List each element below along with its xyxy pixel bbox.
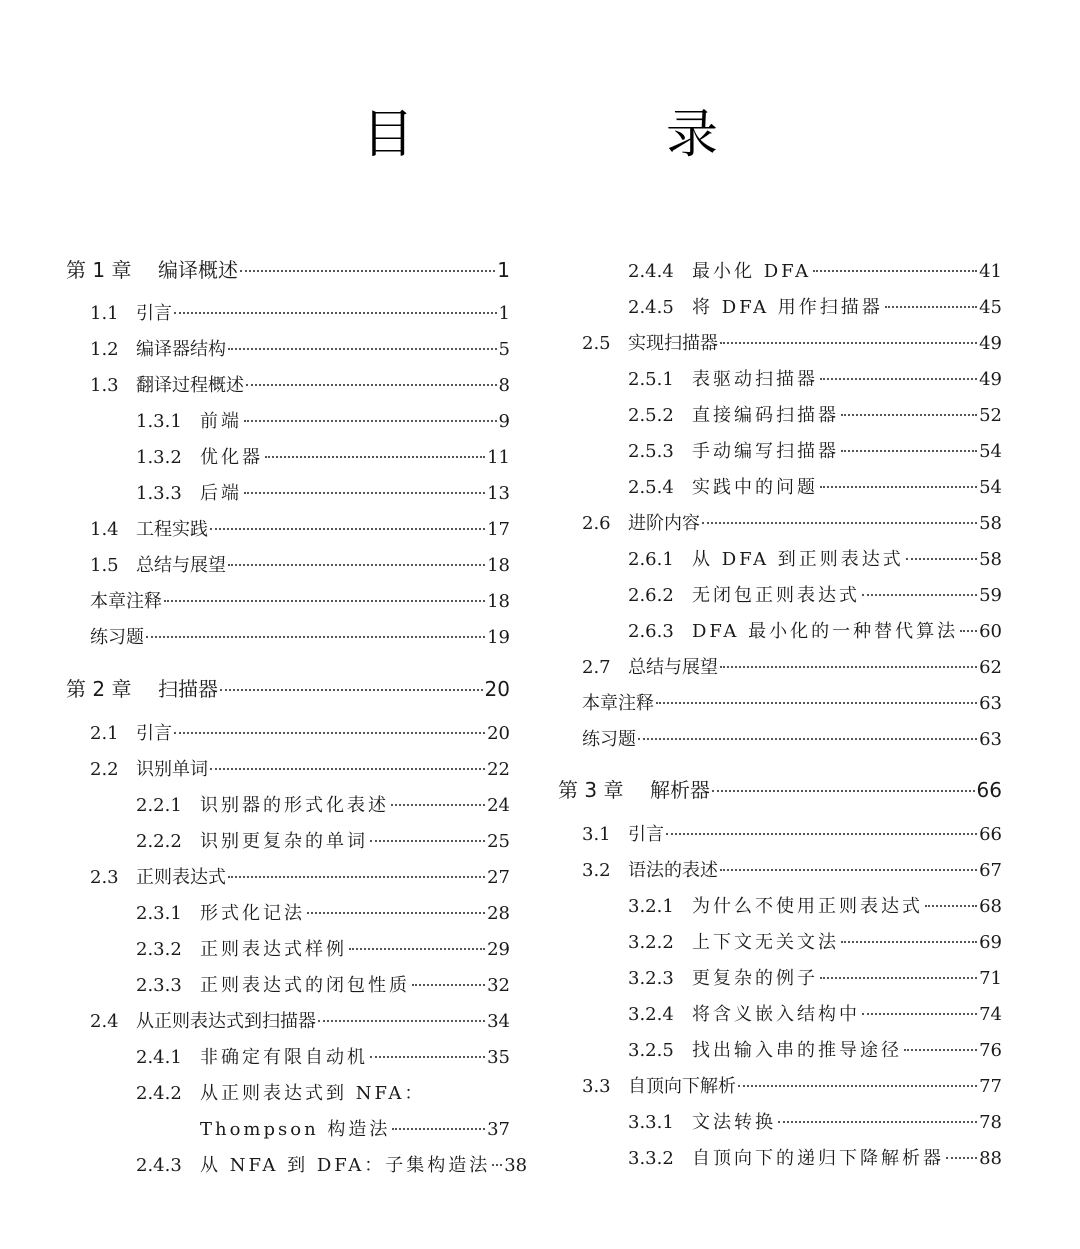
section-title: 识别更复杂的单词: [200, 830, 368, 854]
section-number: 1.3: [90, 374, 136, 398]
section-title: 编译器结构: [136, 338, 226, 362]
page-number: 78: [979, 1111, 1002, 1135]
dot-leader: [778, 1121, 977, 1123]
page-number: 24: [487, 794, 510, 818]
page-number: 41: [979, 260, 1002, 284]
toc-entry[interactable]: 2.3.3正则表达式的闭包性质32: [66, 974, 510, 998]
page-number: 34: [487, 1010, 510, 1034]
toc-entry[interactable]: Thompson 构造法37: [66, 1118, 510, 1142]
page-number: 19: [487, 626, 510, 650]
section-number: 2.6.2: [628, 584, 692, 608]
dot-leader: [318, 1020, 485, 1022]
toc-entry[interactable]: 3.2语法的表述67: [558, 859, 1002, 883]
section-title: 前端: [200, 410, 242, 434]
section-title: 引言: [136, 722, 172, 746]
dot-leader: [925, 905, 977, 907]
section-number: 1.5: [90, 554, 136, 578]
section-title: 总结与展望: [628, 656, 718, 680]
page-number: 5: [499, 338, 510, 362]
section-title: 语法的表述: [628, 859, 718, 883]
dot-leader: [841, 450, 977, 452]
page-number: 58: [979, 548, 1002, 572]
section-title: 正则表达式: [136, 866, 226, 890]
page-number: 22: [487, 758, 510, 782]
toc-entry[interactable]: 2.5.2直接编码扫描器52: [558, 404, 1002, 428]
page-number: 62: [979, 656, 1002, 680]
dot-leader: [638, 738, 977, 740]
section-title: 更复杂的例子: [692, 967, 818, 991]
toc-entry[interactable]: 1.3.3后端13: [66, 482, 510, 506]
dot-leader: [720, 666, 977, 668]
dot-leader: [820, 977, 977, 979]
toc-chapter-entry[interactable]: 第 2 章扫描器20: [66, 677, 510, 701]
toc-entry[interactable]: 2.6.1从 DFA 到正则表达式58: [558, 548, 1002, 572]
dot-leader: [164, 600, 485, 602]
toc-entry[interactable]: 2.4.3从 NFA 到 DFA：子集构造法38: [66, 1154, 510, 1178]
toc-entry[interactable]: 本章注释63: [558, 692, 1002, 716]
toc-entry[interactable]: 2.6.2无闭包正则表达式59: [558, 584, 1002, 608]
section-number: 2.4.1: [136, 1046, 200, 1070]
dot-leader: [862, 594, 977, 596]
dot-leader: [307, 912, 485, 914]
page-number: 67: [979, 859, 1002, 883]
dot-leader: [712, 790, 975, 792]
toc-entry[interactable]: 3.2.1为什么不使用正则表达式68: [558, 895, 1002, 919]
toc-entry[interactable]: 3.1引言66: [558, 823, 1002, 847]
section-title: 解析器: [650, 778, 710, 802]
toc-entry[interactable]: 2.7总结与展望62: [558, 656, 1002, 680]
page-number: 77: [979, 1075, 1002, 1099]
page-number: 11: [487, 446, 510, 470]
section-title: 编译概述: [158, 258, 238, 282]
toc-entry[interactable]: 2.2.1识别器的形式化表述24: [66, 794, 510, 818]
page-number: 29: [487, 938, 510, 962]
section-title: 从正则表达式到扫描器: [136, 1010, 316, 1034]
section-number: 2.5.1: [628, 368, 692, 392]
section-title: 正则表达式样例: [200, 938, 347, 962]
section-title: Thompson 构造法: [200, 1118, 390, 1142]
section-number: 第 2 章: [66, 677, 158, 701]
section-number: 3.3.1: [628, 1111, 692, 1135]
section-title: 直接编码扫描器: [692, 404, 839, 428]
page-number: 8: [499, 374, 510, 398]
page-number: 49: [979, 332, 1002, 356]
section-number: 3.2.2: [628, 931, 692, 955]
dot-leader: [841, 941, 977, 943]
section-number: 2.4.3: [136, 1154, 200, 1178]
toc-entry[interactable]: 1.3.2优化器11: [66, 446, 510, 470]
section-title: 本章注释: [582, 692, 654, 716]
section-number: 2.4: [90, 1010, 136, 1034]
page-number: 66: [979, 823, 1002, 847]
section-number: 2.2.2: [136, 830, 200, 854]
section-title: 表驱动扫描器: [692, 368, 818, 392]
section-number: 2.5: [582, 332, 628, 356]
dot-leader: [702, 522, 977, 524]
section-number: 2.6.3: [628, 620, 692, 644]
toc-entry[interactable]: 2.6进阶内容58: [558, 512, 1002, 536]
section-number: 2.3.3: [136, 974, 200, 998]
toc-title: 目 录: [0, 100, 1080, 170]
toc-entry[interactable]: 1.3.1前端9: [66, 410, 510, 434]
toc-entry[interactable]: 1.3翻译过程概述8: [66, 374, 510, 398]
dot-leader: [666, 833, 977, 835]
toc-entry[interactable]: 2.1引言20: [66, 722, 510, 746]
dot-leader: [146, 636, 485, 638]
section-title: 将含义嵌入结构中: [692, 1003, 860, 1027]
section-number: 第 3 章: [558, 778, 650, 802]
page-number: 32: [487, 974, 510, 998]
toc-entry[interactable]: 2.6.3DFA 最小化的一种替代算法60: [558, 620, 1002, 644]
section-number: 2.3.2: [136, 938, 200, 962]
toc-entry[interactable]: 3.2.4将含义嵌入结构中74: [558, 1003, 1002, 1027]
section-number: 3.3: [582, 1075, 628, 1099]
dot-leader: [960, 630, 977, 632]
toc-entry[interactable]: 3.3.1文法转换78: [558, 1111, 1002, 1135]
section-number: 2.6.1: [628, 548, 692, 572]
dot-leader: [174, 312, 497, 314]
section-title: 实践中的问题: [692, 476, 818, 500]
toc-entry[interactable]: 2.2识别单词22: [66, 758, 510, 782]
section-number: 2.3: [90, 866, 136, 890]
page-number: 9: [499, 410, 510, 434]
section-number: 2.1: [90, 722, 136, 746]
dot-leader: [946, 1157, 977, 1159]
page-number: 54: [979, 440, 1002, 464]
section-number: 2.2: [90, 758, 136, 782]
section-title: 实现扫描器: [628, 332, 718, 356]
page-number: 27: [487, 866, 510, 890]
page-number: 17: [487, 518, 510, 542]
page-number: 18: [487, 590, 510, 614]
section-number: 1.3.1: [136, 410, 200, 434]
dot-leader: [244, 492, 485, 494]
dot-leader: [228, 876, 485, 878]
dot-leader: [841, 414, 977, 416]
toc-entry[interactable]: 1.5总结与展望18: [66, 554, 510, 578]
section-number: 2.6: [582, 512, 628, 536]
page-number: 20: [487, 722, 510, 746]
section-title: 引言: [628, 823, 664, 847]
toc-entry[interactable]: 2.5.3手动编写扫描器54: [558, 440, 1002, 464]
page-number: 52: [979, 404, 1002, 428]
section-number: 2.4.4: [628, 260, 692, 284]
section-title: 将 DFA 用作扫描器: [692, 296, 883, 320]
dot-leader: [885, 306, 977, 308]
section-title: 练习题: [90, 626, 144, 650]
section-number: 3.2.1: [628, 895, 692, 919]
section-title: 识别单词: [136, 758, 208, 782]
dot-leader: [738, 1085, 977, 1087]
dot-leader: [904, 1049, 977, 1051]
toc-entry[interactable]: 2.3正则表达式27: [66, 866, 510, 890]
page-number: 20: [485, 677, 510, 701]
dot-leader: [244, 420, 497, 422]
section-title: 最小化 DFA: [692, 260, 811, 284]
dot-leader: [820, 378, 977, 380]
section-number: 1.3.3: [136, 482, 200, 506]
dot-leader: [349, 948, 485, 950]
toc-entry[interactable]: 本章注释18: [66, 590, 510, 614]
page-number: 59: [979, 584, 1002, 608]
dot-leader: [906, 558, 977, 560]
section-title: 从 DFA 到正则表达式: [692, 548, 904, 572]
section-title: 找出输入串的推导途径: [692, 1039, 902, 1063]
section-title: 手动编写扫描器: [692, 440, 839, 464]
section-title: 非确定有限自动机: [200, 1046, 368, 1070]
page-number: 68: [979, 895, 1002, 919]
section-title: 扫描器: [158, 677, 218, 701]
section-number: 3.2.5: [628, 1039, 692, 1063]
toc-entry[interactable]: 2.4从正则表达式到扫描器34: [66, 1010, 510, 1034]
dot-leader: [813, 270, 977, 272]
page-number: 38: [504, 1154, 527, 1178]
dot-leader: [412, 984, 485, 986]
page-number: 37: [487, 1118, 510, 1142]
toc-entry[interactable]: 3.2.5找出输入串的推导途径76: [558, 1039, 1002, 1063]
section-title: 自顶向下的递归下降解析器: [692, 1147, 944, 1171]
toc-entry[interactable]: 1.4工程实践17: [66, 518, 510, 542]
toc-entry[interactable]: 1.1引言1: [66, 302, 510, 326]
toc-entry[interactable]: 练习题19: [66, 626, 510, 650]
section-title: 上下文无关文法: [692, 931, 839, 955]
page-number: 74: [979, 1003, 1002, 1027]
section-number: 1.2: [90, 338, 136, 362]
page-number: 88: [979, 1147, 1002, 1171]
section-number: 3.2: [582, 859, 628, 883]
toc-entry[interactable]: 3.3自顶向下解析77: [558, 1075, 1002, 1099]
page-number: 1: [499, 302, 510, 326]
page-number: 35: [487, 1046, 510, 1070]
dot-leader: [370, 1056, 485, 1058]
page-number: 54: [979, 476, 1002, 500]
section-number: 1.1: [90, 302, 136, 326]
dot-leader: [820, 486, 977, 488]
page-number: 76: [979, 1039, 1002, 1063]
section-title: 翻译过程概述: [136, 374, 244, 398]
section-title: 总结与展望: [136, 554, 226, 578]
section-number: 3.2.4: [628, 1003, 692, 1027]
dot-leader: [392, 1128, 485, 1130]
dot-leader: [720, 342, 977, 344]
section-title: DFA 最小化的一种替代算法: [692, 620, 958, 644]
toc-entry[interactable]: 2.5.4实践中的问题54: [558, 476, 1002, 500]
section-number: 2.5.4: [628, 476, 692, 500]
dot-leader: [210, 768, 485, 770]
section-title: 为什么不使用正则表达式: [692, 895, 923, 919]
section-title: 无闭包正则表达式: [692, 584, 860, 608]
page-number: 69: [979, 931, 1002, 955]
toc-entry[interactable]: 1.2编译器结构5: [66, 338, 510, 362]
page-number: 45: [979, 296, 1002, 320]
dot-leader: [174, 732, 485, 734]
section-number: 2.4.2: [136, 1082, 200, 1106]
dot-leader: [220, 689, 483, 691]
section-title: 自顶向下解析: [628, 1075, 736, 1099]
section-number: 3.1: [582, 823, 628, 847]
section-number: 2.2.1: [136, 794, 200, 818]
section-number: 1.4: [90, 518, 136, 542]
dot-leader: [228, 348, 497, 350]
section-title: 本章注释: [90, 590, 162, 614]
dot-leader: [246, 384, 497, 386]
page-number: 66: [977, 778, 1002, 802]
section-number: 2.5.2: [628, 404, 692, 428]
section-title: 从 NFA 到 DFA：子集构造法: [200, 1154, 490, 1178]
dot-leader: [656, 702, 977, 704]
section-number: 2.3.1: [136, 902, 200, 926]
toc-chapter-entry[interactable]: 第 3 章解析器66: [558, 778, 1002, 802]
dot-leader: [228, 564, 485, 566]
section-number: 3.2.3: [628, 967, 692, 991]
dot-leader: [391, 804, 485, 806]
section-number: 1.3.2: [136, 446, 200, 470]
page-number: 49: [979, 368, 1002, 392]
toc-entry[interactable]: 3.2.2上下文无关文法69: [558, 931, 1002, 955]
section-number: 3.3.2: [628, 1147, 692, 1171]
section-title: 正则表达式的闭包性质: [200, 974, 410, 998]
page-number: 63: [979, 728, 1002, 752]
section-number: 2.7: [582, 656, 628, 680]
page-number: 1: [497, 258, 510, 282]
dot-leader: [720, 869, 977, 871]
dot-leader: [240, 270, 495, 272]
section-title: 进阶内容: [628, 512, 700, 536]
toc-entry[interactable]: 2.4.5将 DFA 用作扫描器45: [558, 296, 1002, 320]
section-title: 从正则表达式到 NFA：: [200, 1082, 425, 1106]
toc-chapter-entry[interactable]: 第 1 章编译概述1: [66, 258, 510, 282]
toc-entry[interactable]: 2.2.2识别更复杂的单词25: [66, 830, 510, 854]
page-number: 63: [979, 692, 1002, 716]
toc-entry[interactable]: 2.5.1表驱动扫描器49: [558, 368, 1002, 392]
toc-entry[interactable]: 3.3.2自顶向下的递归下降解析器88: [558, 1147, 1002, 1171]
page-number: 60: [979, 620, 1002, 644]
toc-entry[interactable]: 练习题63: [558, 728, 1002, 752]
dot-leader: [370, 840, 485, 842]
toc-entry[interactable]: 2.5实现扫描器49: [558, 332, 1002, 356]
section-number: 2.5.3: [628, 440, 692, 464]
toc-entry[interactable]: 2.3.2正则表达式样例29: [66, 938, 510, 962]
toc-entry[interactable]: 2.4.1非确定有限自动机35: [66, 1046, 510, 1070]
section-title: 文法转换: [692, 1111, 776, 1135]
page-number: 13: [487, 482, 510, 506]
section-title: 后端: [200, 482, 242, 506]
dot-leader: [210, 528, 485, 530]
section-title: 工程实践: [136, 518, 208, 542]
page-number: 18: [487, 554, 510, 578]
page-number: 25: [487, 830, 510, 854]
section-title: 引言: [136, 302, 172, 326]
toc-entry[interactable]: 2.4.4最小化 DFA41: [558, 260, 1002, 284]
toc-entry[interactable]: 2.4.2从正则表达式到 NFA：: [66, 1082, 510, 1106]
section-title: 优化器: [200, 446, 263, 470]
page-number: 71: [979, 967, 1002, 991]
section-title: 练习题: [582, 728, 636, 752]
toc-entry[interactable]: 2.3.1形式化记法28: [66, 902, 510, 926]
toc-entry[interactable]: 3.2.3更复杂的例子71: [558, 967, 1002, 991]
section-title: 形式化记法: [200, 902, 305, 926]
section-number: 第 1 章: [66, 258, 158, 282]
dot-leader: [492, 1164, 502, 1166]
dot-leader: [862, 1013, 977, 1015]
section-title: 识别器的形式化表述: [200, 794, 389, 818]
section-number: 2.4.5: [628, 296, 692, 320]
page-number: 28: [487, 902, 510, 926]
page-number: 58: [979, 512, 1002, 536]
dot-leader: [265, 456, 485, 458]
